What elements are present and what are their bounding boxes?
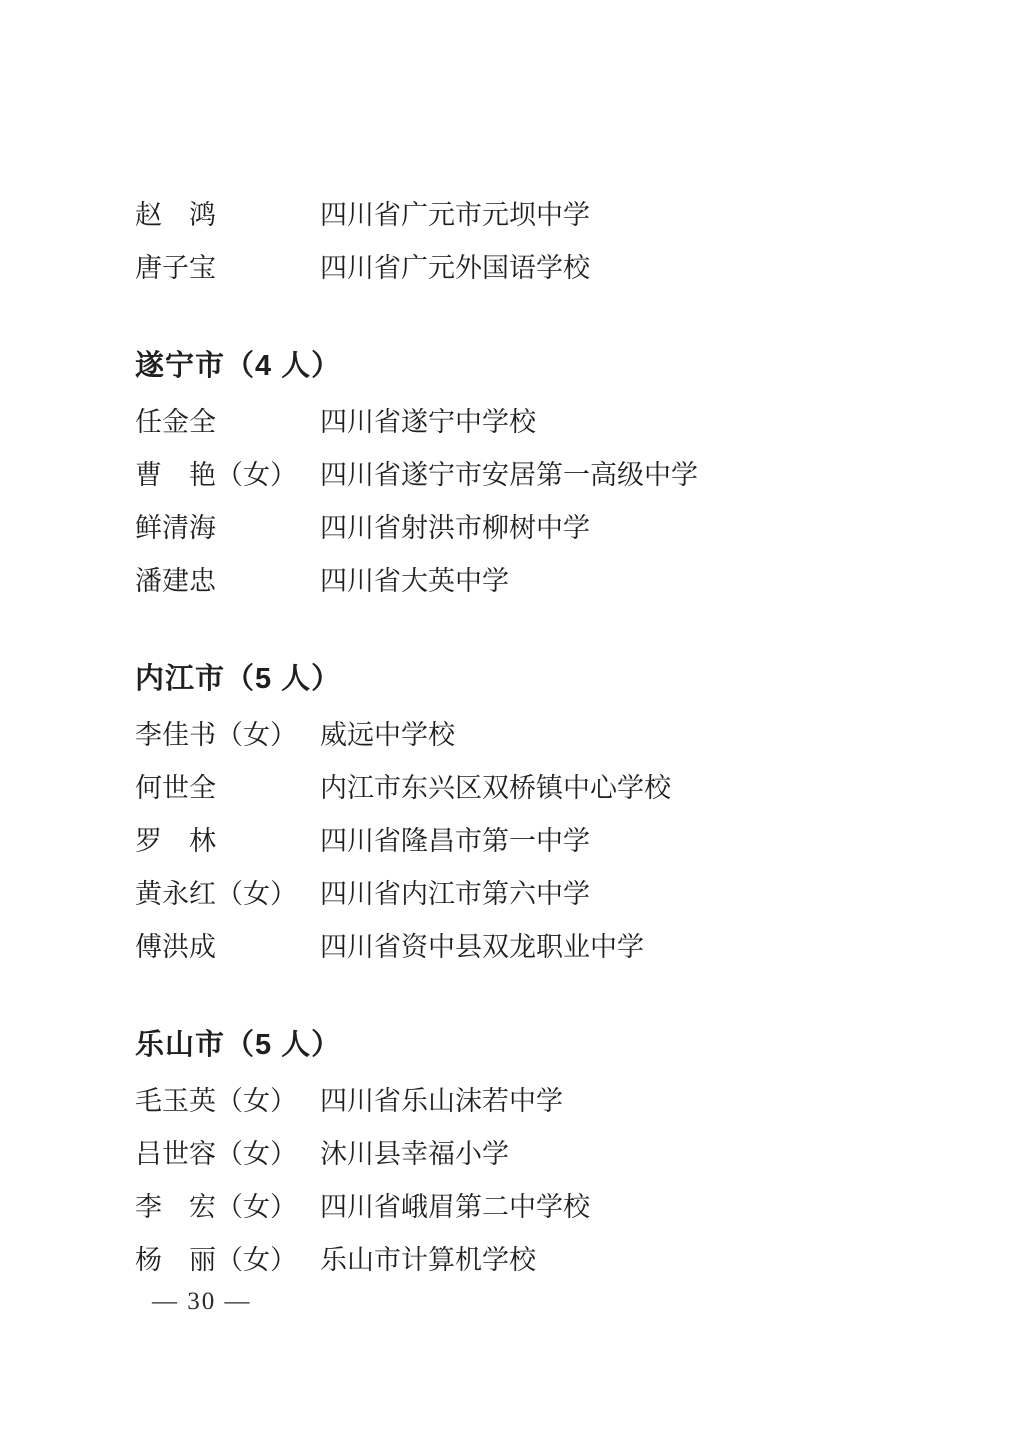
school-name: 内江市东兴区双桥镇中心学校 — [320, 766, 964, 805]
table-row: 鲜清海 四川省射洪市柳树中学 — [135, 499, 964, 552]
person-name: 吕世容（女） — [135, 1132, 320, 1171]
table-row: 曹 艳（女） 四川省遂宁市安居第一高级中学 — [135, 446, 964, 499]
person-name: 曹 艳（女） — [135, 453, 320, 492]
page-number: — 30 — — [152, 1288, 252, 1315]
table-row: 李佳书（女） 威远中学校 — [135, 706, 964, 759]
person-name: 唐子宝 — [135, 246, 320, 285]
page-footer: — 30 — — [152, 1288, 252, 1316]
school-name: 四川省广元市元坝中学 — [320, 193, 964, 232]
person-name: 毛玉英（女） — [135, 1079, 320, 1118]
section-title: 内江市（5 人） — [135, 653, 964, 706]
name-list: 赵 鸿 四川省广元市元坝中学 唐子宝 四川省广元外国语学校 遂宁市（4 人） 任… — [135, 186, 964, 1284]
school-name: 四川省遂宁市安居第一高级中学 — [320, 453, 964, 492]
document-page: 赵 鸿 四川省广元市元坝中学 唐子宝 四川省广元外国语学校 遂宁市（4 人） 任… — [0, 0, 1024, 1449]
table-row: 吕世容（女） 沐川县幸福小学 — [135, 1125, 964, 1178]
city-section: 遂宁市（4 人） 任金全 四川省遂宁中学校 曹 艳（女） 四川省遂宁市安居第一高… — [135, 340, 964, 605]
table-row: 罗 林 四川省隆昌市第一中学 — [135, 812, 964, 865]
section-entries: 任金全 四川省遂宁中学校 曹 艳（女） 四川省遂宁市安居第一高级中学 鲜清海 四… — [135, 393, 964, 605]
table-row: 潘建忠 四川省大英中学 — [135, 552, 964, 605]
table-row: 傅洪成 四川省资中县双龙职业中学 — [135, 918, 964, 971]
person-name: 傅洪成 — [135, 925, 320, 964]
school-name: 乐山市计算机学校 — [320, 1238, 964, 1277]
section-entries: 赵 鸿 四川省广元市元坝中学 唐子宝 四川省广元外国语学校 — [135, 186, 964, 292]
person-name: 罗 林 — [135, 819, 320, 858]
person-name: 潘建忠 — [135, 559, 320, 598]
section-entries: 毛玉英（女） 四川省乐山沫若中学 吕世容（女） 沐川县幸福小学 李 宏（女） 四… — [135, 1072, 964, 1284]
person-name: 鲜清海 — [135, 506, 320, 545]
section-title: 乐山市（5 人） — [135, 1019, 964, 1072]
table-row: 李 宏（女） 四川省峨眉第二中学校 — [135, 1178, 964, 1231]
table-row: 赵 鸿 四川省广元市元坝中学 — [135, 186, 964, 239]
school-name: 四川省遂宁中学校 — [320, 400, 964, 439]
table-row: 黄永红（女） 四川省内江市第六中学 — [135, 865, 964, 918]
table-row: 唐子宝 四川省广元外国语学校 — [135, 239, 964, 292]
person-name: 李 宏（女） — [135, 1185, 320, 1224]
table-row: 杨 丽（女） 乐山市计算机学校 — [135, 1231, 964, 1284]
school-name: 四川省隆昌市第一中学 — [320, 819, 964, 858]
person-name: 杨 丽（女） — [135, 1238, 320, 1277]
school-name: 四川省峨眉第二中学校 — [320, 1185, 964, 1224]
person-name: 黄永红（女） — [135, 872, 320, 911]
school-name: 四川省射洪市柳树中学 — [320, 506, 964, 545]
person-name: 何世全 — [135, 766, 320, 805]
school-name: 四川省内江市第六中学 — [320, 872, 964, 911]
city-section: 乐山市（5 人） 毛玉英（女） 四川省乐山沫若中学 吕世容（女） 沐川县幸福小学… — [135, 1019, 964, 1284]
person-name: 赵 鸿 — [135, 193, 320, 232]
table-row: 毛玉英（女） 四川省乐山沫若中学 — [135, 1072, 964, 1125]
table-row: 任金全 四川省遂宁中学校 — [135, 393, 964, 446]
school-name: 威远中学校 — [320, 713, 964, 752]
section-title: 遂宁市（4 人） — [135, 340, 964, 393]
school-name: 四川省资中县双龙职业中学 — [320, 925, 964, 964]
school-name: 四川省大英中学 — [320, 559, 964, 598]
school-name: 四川省乐山沫若中学 — [320, 1079, 964, 1118]
school-name: 四川省广元外国语学校 — [320, 246, 964, 285]
city-section: 赵 鸿 四川省广元市元坝中学 唐子宝 四川省广元外国语学校 — [135, 186, 964, 292]
table-row: 何世全 内江市东兴区双桥镇中心学校 — [135, 759, 964, 812]
city-section: 内江市（5 人） 李佳书（女） 威远中学校 何世全 内江市东兴区双桥镇中心学校 … — [135, 653, 964, 971]
section-entries: 李佳书（女） 威远中学校 何世全 内江市东兴区双桥镇中心学校 罗 林 四川省隆昌… — [135, 706, 964, 971]
school-name: 沐川县幸福小学 — [320, 1132, 964, 1171]
person-name: 李佳书（女） — [135, 713, 320, 752]
person-name: 任金全 — [135, 400, 320, 439]
